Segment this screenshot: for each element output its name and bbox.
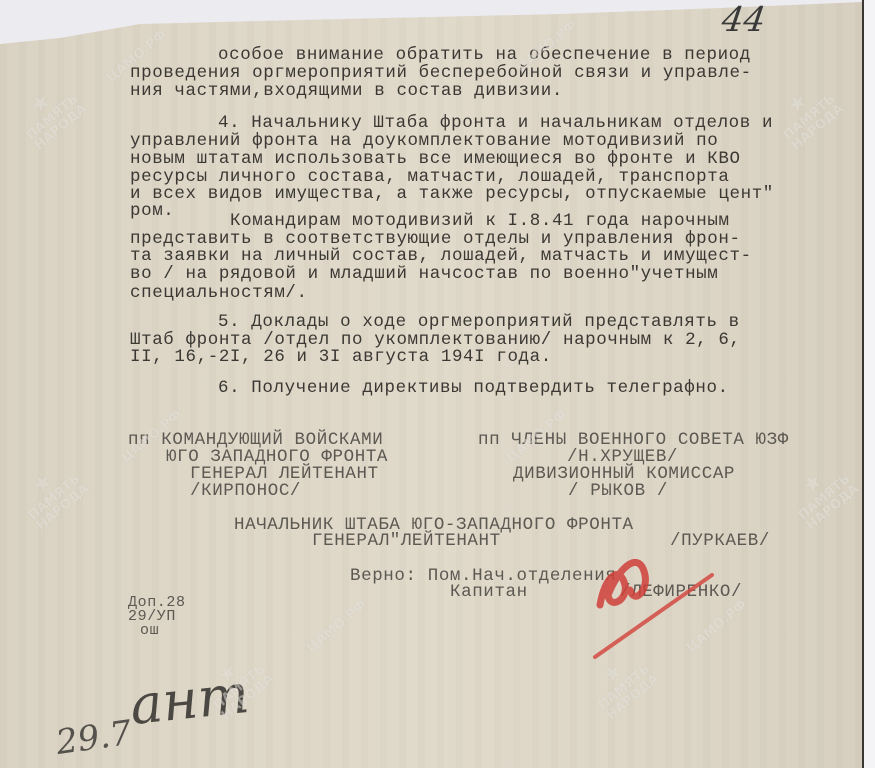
commanders-line-5: специальностям/.: [130, 283, 308, 303]
chief-of-staff-name: /ПУРКАЕВ/: [670, 531, 770, 551]
para5-line-1: 5. Доклады о ходе оргмероприятий предста…: [218, 312, 740, 332]
intro-line-1: особое внимание обратить на обеспечение …: [218, 45, 751, 65]
para6: 6. Получение директивы подтвердить телег…: [218, 378, 729, 398]
para4-line-3: новым штатам использовать все имеющиеся …: [130, 149, 741, 169]
commanders-line-4: во / на рядовой и младший начсостав по в…: [130, 264, 718, 284]
page-number: 44: [719, 0, 768, 40]
filing-note-3: ош: [140, 624, 159, 638]
para5-line-3: II, 16,-2I, 26 и 3I августа 194I года.: [130, 347, 552, 367]
sig-left-line-4: /КИРПОНОС/: [190, 481, 301, 501]
sig-right-line-4: / РЫКОВ /: [568, 481, 668, 501]
intro-line-3: ния частями,входящими в состав дивизии.: [130, 81, 563, 101]
certification-name: /ЛЕФИРЕНКО/: [620, 582, 742, 602]
page-edge: [862, 0, 875, 768]
para4-line-6: ром.: [130, 201, 174, 221]
para4-line-2: управлений фронта на доукомплектование м…: [130, 131, 718, 151]
certification-line-2: Капитан: [450, 582, 528, 602]
commanders-line-1: Командирам мотодивизий к I.8.41 года нар…: [230, 211, 730, 231]
handwritten-signature: ант: [127, 662, 252, 737]
para4-line-5: и всех видов имущества, а также ресурсы,…: [130, 184, 774, 204]
para4-line-1: 4. Начальнику Штаба фронта и начальникам…: [218, 113, 773, 133]
chief-of-staff-rank: ГЕНЕРАЛ"ЛЕЙТЕНАНТ: [312, 531, 501, 551]
intro-line-2: проведения оргмероприятий бесперебойной …: [130, 63, 752, 83]
commanders-line-3: та заявки на личный состав, лошадей, мат…: [130, 246, 752, 266]
